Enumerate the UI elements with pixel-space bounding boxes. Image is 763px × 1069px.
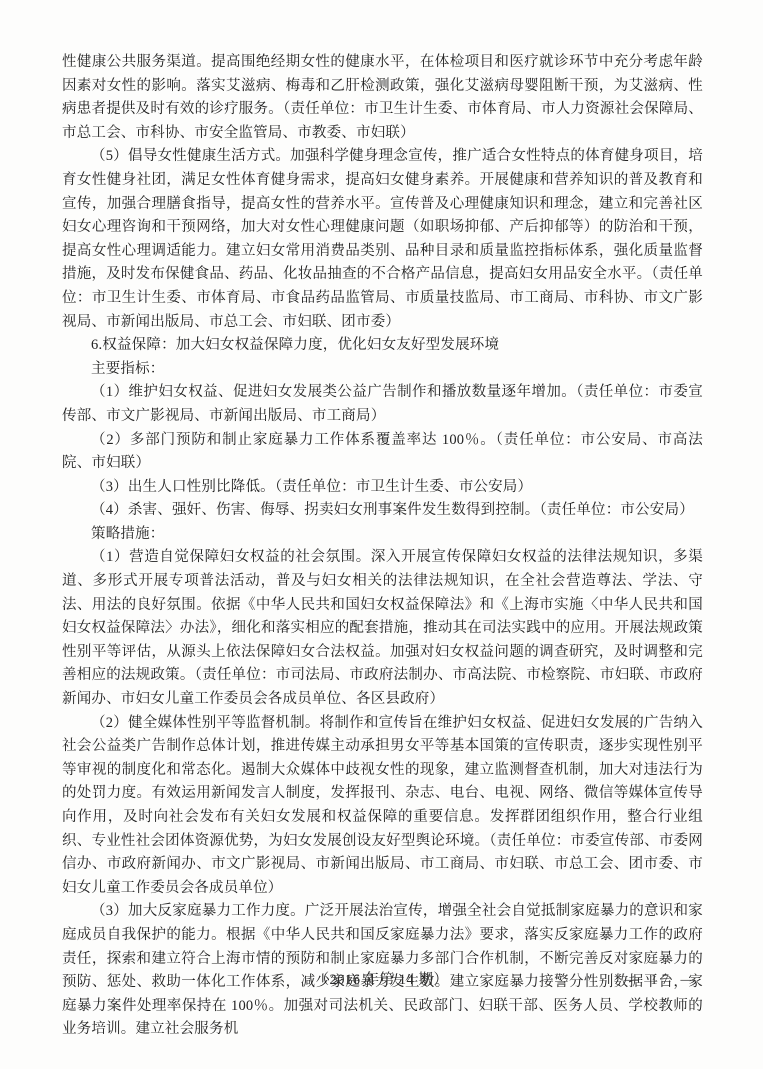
main-indicators-label: 主要指标： bbox=[62, 358, 703, 382]
indicator-2: （2）多部门预防和制止家庭暴力工作体系覆盖率达 100％。（责任单位：市公安局、… bbox=[62, 429, 703, 476]
document-body: 性健康公共服务渠道。提高围绝经期女性的健康水平，在体检项目和医疗就诊环节中充分考… bbox=[62, 51, 703, 1042]
paragraph-item-5-healthy-lifestyle: （5）倡导女性健康生活方式。加强科学健身理念宣传，推广适合女性特点的体育健身项目… bbox=[62, 145, 703, 334]
paragraph-health-services-continuation: 性健康公共服务渠道。提高围绝经期女性的健康水平，在体检项目和医疗就诊环节中充分考… bbox=[62, 51, 703, 145]
page-footer: （2016 年第 14 期） — 17 — bbox=[0, 969, 763, 991]
indicator-3: （3）出生人口性别比降低。（责任单位：市卫生计生委、市公安局） bbox=[62, 476, 703, 500]
section-6-heading: 6.权益保障：加大妇女权益保障力度，优化妇女友好型发展环境 bbox=[62, 334, 703, 358]
page-number: — 17 — bbox=[624, 969, 699, 991]
document-page: 性健康公共服务渠道。提高围绝经期女性的健康水平，在体检项目和医疗就诊环节中充分考… bbox=[0, 0, 763, 1069]
indicator-4: （4）杀害、强奸、伤害、侮辱、拐卖妇女刑事案件发生数得到控制。（责任单位：市公安… bbox=[62, 499, 703, 523]
strategy-measures-label: 策略措施： bbox=[62, 523, 703, 547]
measure-2: （2）健全媒体性别平等监督机制。将制作和宣传旨在维护妇女权益、促进妇女发展的广告… bbox=[62, 712, 703, 901]
measure-1: （1）营造自觉保障妇女权益的社会氛围。深入开展宣传保障妇女权益的法律法规知识，多… bbox=[62, 546, 703, 711]
indicator-1: （1）维护妇女权益、促进妇女发展类公益广告制作和播放数量逐年增加。（责任单位：市… bbox=[62, 381, 703, 428]
